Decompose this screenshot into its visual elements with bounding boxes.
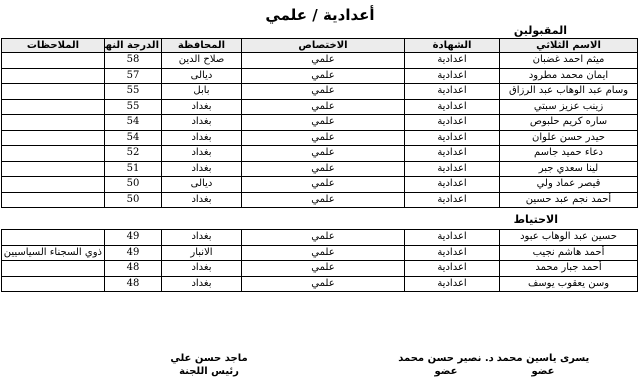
signature-member-2: د. نصير حسن محمد عضو	[376, 352, 516, 378]
grade-cell: 55	[105, 99, 162, 115]
governorate-cell: ديالى	[162, 68, 242, 84]
table-row: أحمد جبار محمد اعدادية علمي بغداد 48	[2, 261, 638, 277]
governorate-cell: بابل	[162, 84, 242, 100]
name-cell: أحمد نجم عبد حسين	[500, 192, 638, 208]
notes-cell	[2, 230, 105, 246]
signature-name: د. نصير حسن محمد	[376, 352, 516, 365]
specialization-cell: علمي	[242, 261, 405, 277]
grade-cell: 52	[105, 146, 162, 162]
governorate-cell: بغداد	[162, 192, 242, 208]
specialization-cell: علمي	[242, 276, 405, 292]
certificate-cell: اعدادية	[405, 68, 500, 84]
document-page: أعدادية / علمي المقبولين الاسم الثلاثي ا…	[0, 0, 640, 385]
specialization-cell: علمي	[242, 245, 405, 261]
name-cell: ميثم احمد غضبان	[500, 53, 638, 69]
reserve-table: حسين عبد الوهاب عبود اعدادية علمي بغداد …	[1, 229, 638, 292]
reserve-section-label: الاحتياط	[514, 213, 558, 226]
page-title: أعدادية / علمي	[0, 6, 640, 24]
notes-cell	[2, 115, 105, 131]
notes-cell	[2, 146, 105, 162]
notes-cell	[2, 84, 105, 100]
certificate-cell: اعدادية	[405, 130, 500, 146]
specialization-cell: علمي	[242, 53, 405, 69]
notes-cell: ذوي السجناء السياسيين	[2, 245, 105, 261]
name-cell: ساره كريم حلبوص	[500, 115, 638, 131]
certificate-cell: اعدادية	[405, 146, 500, 162]
grade-cell: 50	[105, 192, 162, 208]
certificate-cell: اعدادية	[405, 53, 500, 69]
certificate-cell: اعدادية	[405, 276, 500, 292]
governorate-cell: بغداد	[162, 161, 242, 177]
table-row: دعاء حميد جاسم اعدادية علمي بغداد 52	[2, 146, 638, 162]
specialization-cell: علمي	[242, 115, 405, 131]
table-row: وسن يعقوب يوسف اعدادية علمي بغداد 48	[2, 276, 638, 292]
table-row: حيدر حسن علوان اعدادية علمي بغداد 54	[2, 130, 638, 146]
governorate-cell: بغداد	[162, 230, 242, 246]
notes-cell	[2, 53, 105, 69]
grade-cell: 48	[105, 261, 162, 277]
header-notes: الملاحظات	[2, 39, 105, 53]
name-cell: وسن يعقوب يوسف	[500, 276, 638, 292]
table-row: ايمان محمد مطرود اعدادية علمي ديالى 57	[2, 68, 638, 84]
certificate-cell: اعدادية	[405, 245, 500, 261]
governorate-cell: الانبار	[162, 245, 242, 261]
table-row: أحمد نجم عبد حسين اعدادية علمي بغداد 50	[2, 192, 638, 208]
certificate-cell: اعدادية	[405, 261, 500, 277]
specialization-cell: علمي	[242, 99, 405, 115]
header-governorate: المحافظة	[162, 39, 242, 53]
accepted-section-label: المقبولين	[514, 24, 567, 37]
notes-cell	[2, 161, 105, 177]
signature-role: عضو	[376, 365, 516, 378]
governorate-cell: ديالى	[162, 177, 242, 193]
certificate-cell: اعدادية	[405, 230, 500, 246]
notes-cell	[2, 192, 105, 208]
governorate-cell: بغداد	[162, 261, 242, 277]
certificate-cell: اعدادية	[405, 99, 500, 115]
certificate-cell: اعدادية	[405, 192, 500, 208]
specialization-cell: علمي	[242, 177, 405, 193]
certificate-cell: اعدادية	[405, 115, 500, 131]
notes-cell	[2, 261, 105, 277]
governorate-cell: بغداد	[162, 115, 242, 131]
grade-cell: 57	[105, 68, 162, 84]
governorate-cell: بغداد	[162, 276, 242, 292]
header-specialization: الاختصاص	[242, 39, 405, 53]
table-row: حسين عبد الوهاب عبود اعدادية علمي بغداد …	[2, 230, 638, 246]
specialization-cell: علمي	[242, 161, 405, 177]
specialization-cell: علمي	[242, 68, 405, 84]
grade-cell: 49	[105, 230, 162, 246]
specialization-cell: علمي	[242, 84, 405, 100]
table-row: أحمد هاشم نجيب اعدادية علمي الانبار 49 ذ…	[2, 245, 638, 261]
governorate-cell: بغداد	[162, 146, 242, 162]
name-cell: أحمد هاشم نجيب	[500, 245, 638, 261]
name-cell: لينا سعدي جبر	[500, 161, 638, 177]
grade-cell: 54	[105, 115, 162, 131]
table-row: ساره كريم حلبوص اعدادية علمي بغداد 54	[2, 115, 638, 131]
grade-cell: 55	[105, 84, 162, 100]
table-row: ميثم احمد غضبان اعدادية علمي صلاح الدين …	[2, 53, 638, 69]
signature-committee-chairman: ماجد حسن علي رئيس اللجنة	[139, 352, 279, 378]
name-cell: زينب عزيز سبتي	[500, 99, 638, 115]
specialization-cell: علمي	[242, 146, 405, 162]
grade-cell: 49	[105, 245, 162, 261]
name-cell: أحمد جبار محمد	[500, 261, 638, 277]
table-row: لينا سعدي جبر اعدادية علمي بغداد 51	[2, 161, 638, 177]
specialization-cell: علمي	[242, 130, 405, 146]
signature-name: ماجد حسن علي	[139, 352, 279, 365]
governorate-cell: بغداد	[162, 130, 242, 146]
name-cell: دعاء حميد جاسم	[500, 146, 638, 162]
accepted-table: الاسم الثلاثي الشهادة الاختصاص المحافظة …	[1, 38, 638, 208]
name-cell: قيصر عماد ولي	[500, 177, 638, 193]
grade-cell: 51	[105, 161, 162, 177]
grade-cell: 48	[105, 276, 162, 292]
name-cell: حسين عبد الوهاب عبود	[500, 230, 638, 246]
governorate-cell: صلاح الدين	[162, 53, 242, 69]
specialization-cell: علمي	[242, 230, 405, 246]
name-cell: حيدر حسن علوان	[500, 130, 638, 146]
certificate-cell: اعدادية	[405, 161, 500, 177]
grade-cell: 58	[105, 53, 162, 69]
header-certificate: الشهادة	[405, 39, 500, 53]
notes-cell	[2, 130, 105, 146]
grade-cell: 50	[105, 177, 162, 193]
notes-cell	[2, 177, 105, 193]
notes-cell	[2, 99, 105, 115]
name-cell: ايمان محمد مطرود	[500, 68, 638, 84]
certificate-cell: اعدادية	[405, 84, 500, 100]
certificate-cell: اعدادية	[405, 177, 500, 193]
name-cell: وسام عبد الوهاب عبد الرزاق	[500, 84, 638, 100]
accepted-header-row: الاسم الثلاثي الشهادة الاختصاص المحافظة …	[2, 39, 638, 53]
table-row: زينب عزيز سبتي اعدادية علمي بغداد 55	[2, 99, 638, 115]
notes-cell	[2, 68, 105, 84]
grade-cell: 54	[105, 130, 162, 146]
table-row: قيصر عماد ولي اعدادية علمي ديالى 50	[2, 177, 638, 193]
header-grade: الدرجة النهائية	[105, 39, 162, 53]
table-row: وسام عبد الوهاب عبد الرزاق اعدادية علمي …	[2, 84, 638, 100]
notes-cell	[2, 276, 105, 292]
signature-role: رئيس اللجنة	[139, 365, 279, 378]
specialization-cell: علمي	[242, 192, 405, 208]
header-name: الاسم الثلاثي	[500, 39, 638, 53]
governorate-cell: بغداد	[162, 99, 242, 115]
